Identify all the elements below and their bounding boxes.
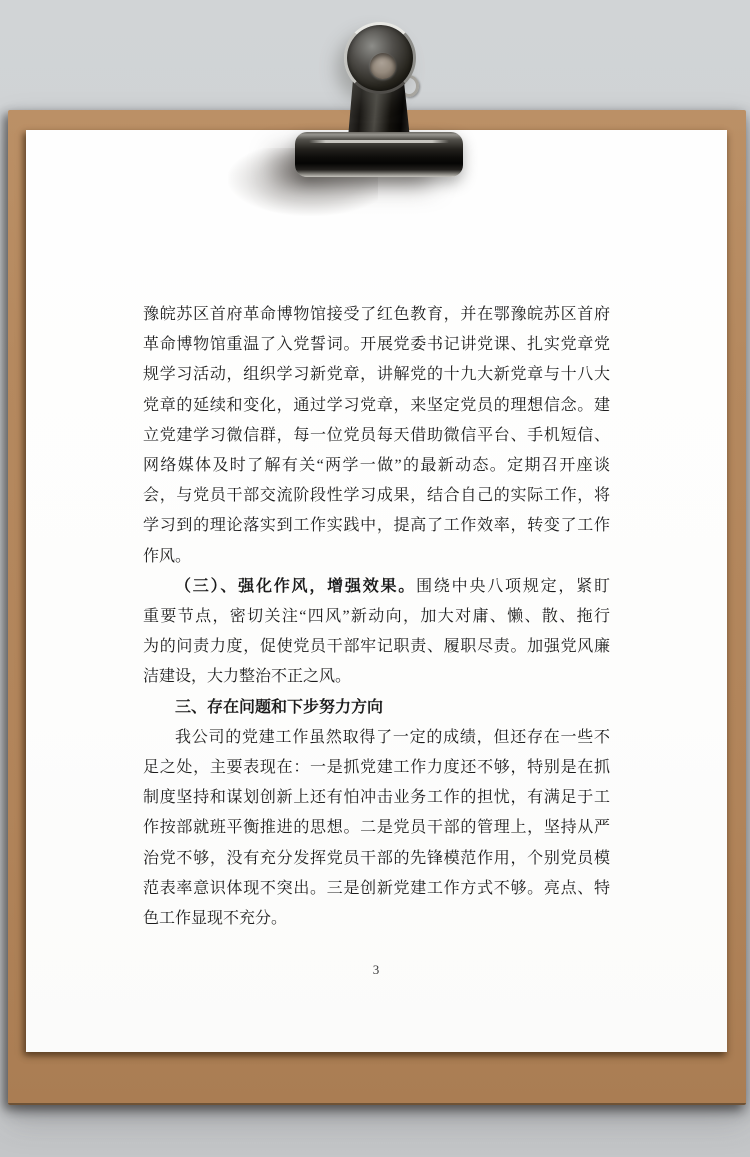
text-line: 立党建学习微信群，每一位党员每天借助微信平台、手机短信、	[143, 421, 610, 451]
text-line: 学习到的理论落实到工作实践中，提高了工作效率，转变了工作	[143, 511, 610, 541]
text-line: 重要节点，密切关注“四风”新动向，加大对庸、懒、散、拖行	[143, 602, 610, 632]
text-line: 豫皖苏区首府革命博物馆接受了红色教育，并在鄂豫皖苏区首府	[143, 300, 610, 330]
text-line: 革命博物馆重温了入党誓词。开展党委书记讲党课、扎实党章党	[143, 330, 610, 360]
document-page: 豫皖苏区首府革命博物馆接受了红色教育，并在鄂豫皖苏区首府 革命博物馆重温了入党誓…	[26, 130, 727, 1052]
text-line: 规学习活动，组织学习新党章，讲解党的十九大新党章与十八大	[143, 360, 610, 390]
text-span: 围绕中央八项规定，紧盯	[416, 578, 610, 595]
page-number: 3	[26, 962, 727, 978]
text-line: 色工作显现不充分。	[143, 904, 610, 934]
text-line: 洁建设，大力整治不正之风。	[143, 662, 610, 692]
text-line: 党章的延续和变化，通过学习党章，来坚定党员的理想信念。建	[143, 391, 610, 421]
document-text: 豫皖苏区首府革命博物馆接受了红色教育，并在鄂豫皖苏区首府 革命博物馆重温了入党誓…	[143, 300, 610, 934]
text-line: 治党不够，没有充分发挥党员干部的先锋模范作用，个别党员模	[143, 844, 610, 874]
text-line: 为的问责力度，促使党员干部牢记职责、履职尽责。加强党风廉	[143, 632, 610, 662]
paragraph-lead: （三）、强化作风，增强效果。	[175, 578, 416, 595]
text-line: 作风。	[143, 542, 610, 572]
clip-head	[344, 22, 416, 94]
text-line: 作按部就班平衡推进的思想。二是党员干部的管理上，坚持从严	[143, 813, 610, 843]
text-line: 会，与党员干部交流阶段性学习成果，结合自己的实际工作，将	[143, 481, 610, 511]
section-heading: 三、存在问题和下步努力方向	[143, 693, 610, 723]
text-line: 制度坚持和谋划创新上还有怕冲击业务工作的担忧，有满足于工	[143, 783, 610, 813]
text-line: 范表率意识体现不突出。三是创新党建工作方式不够。亮点、特	[143, 874, 610, 904]
clip-hole	[370, 53, 396, 79]
text-line: 我公司的党建工作虽然取得了一定的成绩，但还存在一些不	[143, 723, 610, 753]
text-line: 足之处，主要表现在：一是抓党建工作力度还不够，特别是在抓	[143, 753, 610, 783]
text-line: 网络媒体及时了解有关“两学一做”的最新动态。定期召开座谈	[143, 451, 610, 481]
photo-scene: 豫皖苏区首府革命博物馆接受了红色教育，并在鄂豫皖苏区首府 革命博物馆重温了入党誓…	[0, 0, 750, 1157]
clip-hook-ring-icon	[399, 75, 419, 97]
text-line: （三）、强化作风，增强效果。围绕中央八项规定，紧盯	[143, 572, 610, 602]
